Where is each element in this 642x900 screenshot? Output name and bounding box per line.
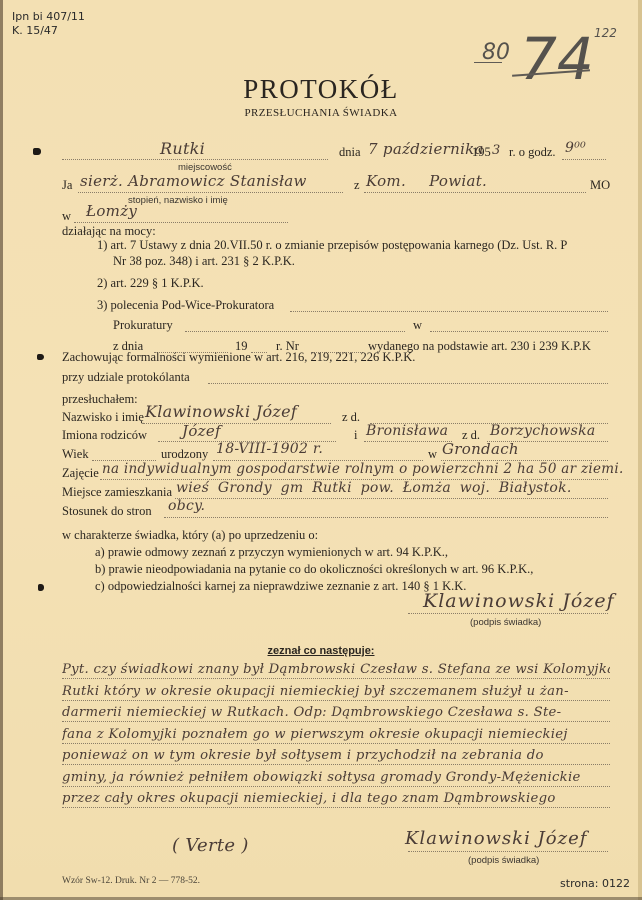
caution-item-a: a) prawie odmowy zeznań z przyczyn wymie… [95,545,448,560]
officer-line [78,192,343,193]
authority-intro: działając na mocy: [62,224,156,239]
city-value: Łomży [86,202,137,220]
unit-z-label: z [354,178,360,193]
punch-hole-mark-2 [37,354,44,360]
testimony-rule [62,786,610,787]
hour-label: r. o godz. [509,145,556,160]
testimony-line: fana z Kolomyjki poznałem go w pierwszym… [62,727,610,742]
occupation-value: na indywidualnym gospodarstwie rolnym o … [102,461,624,477]
testimony-rule [62,700,610,701]
folio-number: 122 [594,26,617,40]
testimony-line: Pyt. czy świadkowi znany był Dąmbrowski … [62,662,610,677]
mother-value: Bronisława [366,423,448,439]
born-label: urodzony [161,447,208,462]
mother-line [364,441,452,442]
punch-hole-mark-3 [38,584,44,591]
formalities-text: Zachowując formalności wymienione w art.… [62,350,415,365]
testimony-line: przez cały okres okupacji niemieckiej, i… [62,791,610,806]
page-subtitle: PRZESŁUCHANIA ŚWIADKA [0,107,642,119]
caution-item-c: c) odpowiedzialności karnej za nieprawdz… [95,579,466,594]
prokuratury-w-label: w [413,318,422,333]
parents-and-label: i [354,428,357,443]
place-value: Rutki [160,139,205,158]
caution-signature-caption: (podpis świadka) [470,617,541,628]
authority-item-1-cont: Nr 38 poz. 348) i art. 231 § 2 K.P.K. [113,254,295,269]
date-label: dnia [339,145,361,160]
officer-caption: stopień, nazwisko i imię [128,195,228,206]
hour-line [562,159,606,160]
verte-note: ( Verte ) [172,835,249,856]
maiden-name-label: z d. [342,410,360,425]
archive-signature: Ipn bi 407/11 [12,10,85,24]
officer-name-value: sierż. Abramowicz Stanisław [80,172,307,190]
page-title: PROTOKÓŁ [0,74,642,105]
testimony-rule [62,721,610,722]
age-label: Wiek [62,447,89,462]
archive-card-number: K. 15/47 [12,24,85,38]
caution-signature: Klawinowski Józef [423,590,615,612]
surname-line [143,423,331,424]
protocolist-line [208,383,608,384]
testimony-heading: zeznał co następuje: [0,645,642,657]
testimony-signature-caption: (podpis świadka) [468,855,539,866]
residence-value: wieś Grondy gm Rutki pow. Łomża woj. Bia… [176,480,572,496]
born-place-value: Grondach [442,440,519,458]
interrogated-label: przesłuchałem: [62,392,138,407]
authority-item-2: 2) art. 229 § 1 K.P.K. [97,276,204,291]
city-w-label: w [62,209,71,224]
prosecutor-line [290,311,608,312]
unit-line [364,192,586,193]
testimony-rule [62,678,610,679]
mother-maiden-value: Borzychowska [490,423,596,439]
relation-label: Stosunek do stron [62,504,152,519]
surname-value: Klawinowski Józef [145,402,297,421]
testimony-line: darmerii niemieckiej w Rutkach. Odp: Dąm… [62,705,610,720]
year-value: 3 [492,143,501,158]
page-edge-right [638,0,642,900]
prokuratury-line [185,331,405,332]
testimony-signature-line [408,851,608,852]
strike-line-small [474,62,502,63]
surname-label: Nazwisko i imię [62,410,144,425]
document-page: Ipn bi 407/11 K. 15/47 80 74 122 PROTOKÓ… [0,0,642,900]
residence-line [175,498,608,499]
born-date-value: 18-VIII-1902 r. [216,441,323,457]
relation-value: obcy. [168,498,205,514]
date-value: 7 października [368,140,484,158]
caution-item-b: b) prawie nieodpowiadania na pytanie co … [95,562,533,577]
relation-line [164,517,608,518]
city-line [74,222,288,223]
caution-signature-line [408,613,608,614]
mo-label: MO [590,178,610,193]
ja-label: Ja [62,178,72,193]
unit-value: Kom. Powiat. [366,172,487,190]
testimony-line: Rutki który w okresie okupacji niemiecki… [62,684,610,699]
archive-reference: Ipn bi 407/11 K. 15/47 [12,10,85,38]
father-value: Józef [182,422,221,440]
place-line [62,159,328,160]
punch-hole-mark [33,148,41,155]
hour-value: 9⁰⁰ [565,140,586,156]
page-number: strona: 0122 [560,877,630,890]
testimony-rule [62,743,610,744]
year-prefix: 195 [472,145,491,160]
testimony-line: ponieważ on w tym okresie był sołtysem i… [62,748,610,763]
born-place-w-label: w [428,447,437,462]
caution-intro: w charakterze świadka, który (a) po uprz… [62,528,318,543]
prokuratury-label: Prokuratury [113,318,173,333]
authority-item-3: 3) polecenia Pod-Wice-Prokuratora [97,298,274,313]
testimony-rule [62,807,610,808]
protocolist-label: przy udziale protokólanta [62,370,190,385]
parents-label: Imiona rodziców [62,428,147,443]
testimony-line: gminy, ja również pełniłem obowiązki soł… [62,770,610,785]
occupation-label: Zajęcie [62,466,99,481]
authority-item-1: 1) art. 7 Ustawy z dnia 20.VII.50 r. o z… [97,238,567,253]
prokuratury-place-line [430,331,608,332]
page-edge-left [0,0,3,900]
testimony-rule [62,764,610,765]
form-identifier: Wzór Sw-12. Druk. Nr 2 — 778-52. [62,876,200,886]
residence-label: Miejsce zamieszkania [62,485,172,500]
testimony-signature: Klawinowski Józef [405,828,587,849]
